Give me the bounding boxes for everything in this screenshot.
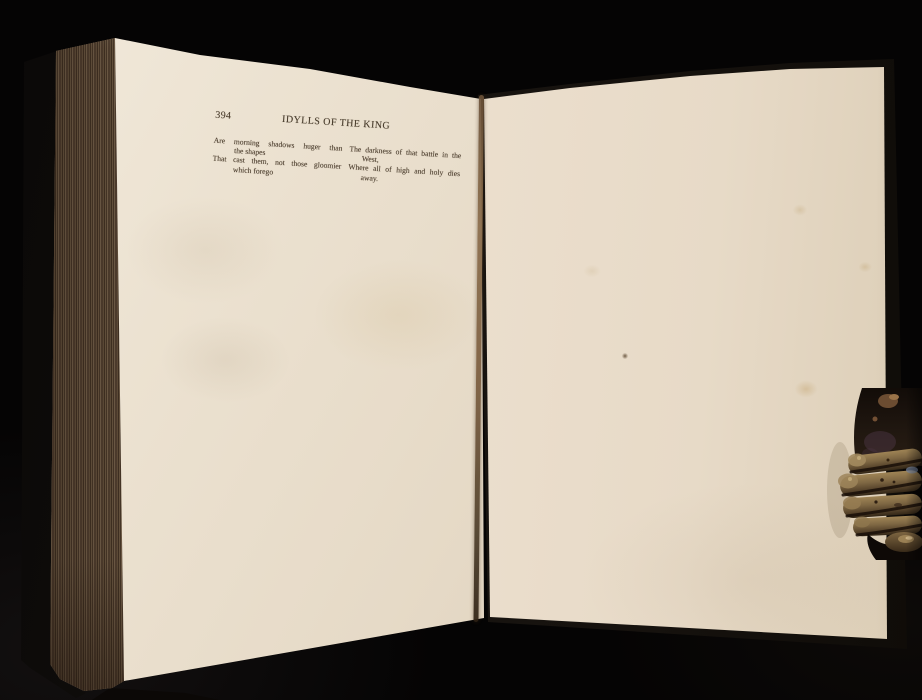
frame-edge-fade (906, 388, 922, 560)
page-number: 394 (215, 110, 232, 122)
photo-scene: 394 IDYLLS OF THE KING Are morning shado… (0, 0, 922, 700)
running-header: IDYLLS OF THE KING (282, 114, 391, 132)
verse-column-right: The darkness of that battle in the West,… (347, 144, 461, 188)
bronze-hand-sculpture (826, 388, 922, 560)
